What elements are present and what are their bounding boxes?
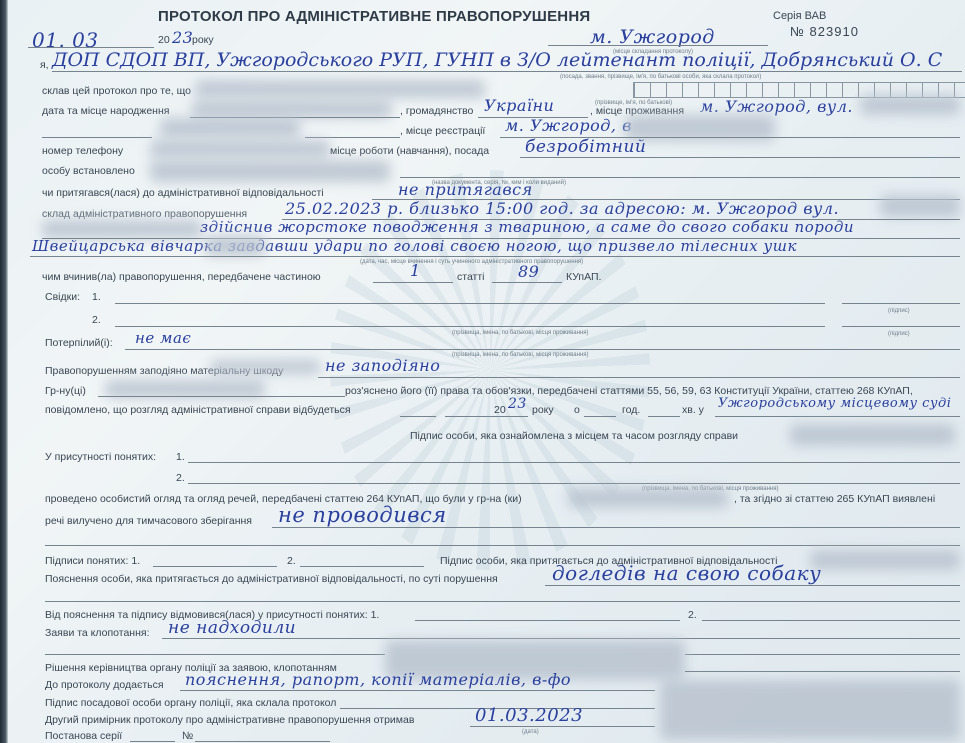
refusal-1-line: [415, 620, 680, 621]
redacted-hearing-sign: [790, 424, 955, 446]
witness-caption: (прізвища, імена, по батькові, місця про…: [452, 330, 588, 336]
year-word: року: [192, 34, 214, 46]
work-line: [520, 157, 960, 158]
document-title: ПРОТОКОЛ ПРО АДМІНІСТРАТИВНЕ ПРАВОПОРУШЕ…: [158, 8, 590, 25]
citizenship-value: України: [484, 96, 554, 115]
offense-line-3: Швейцарська вівчарка завдавши удари по г…: [32, 237, 797, 255]
redacted-birth: [192, 100, 392, 118]
explanation-label: Пояснення особи, яка притягається до адм…: [45, 573, 498, 585]
document-line: [400, 177, 960, 178]
article-label: чим вчинив(ла) правопорушення, передбаче…: [42, 271, 321, 283]
hearing-month-line: [445, 416, 513, 417]
requests-line-3: [685, 654, 960, 655]
redacted-offense: [42, 220, 202, 238]
offense-underline-3: [30, 256, 960, 257]
attesting-2-line: [188, 483, 960, 484]
hearing-minute: хв. у: [682, 404, 704, 416]
copy-label: Другий примірник протоколу про адміністр…: [45, 714, 414, 726]
resolution-series-line: [130, 741, 175, 742]
witness-2-sign-caption: (підпис): [888, 331, 910, 337]
citizenship-label: , громадянство: [400, 105, 473, 117]
seized-line-2: [45, 545, 960, 546]
refusal-2-num: 2.: [688, 609, 697, 621]
hearing-label: повідомлено, що розгляд адміністративної…: [45, 404, 351, 416]
witness-1-sign-line: [842, 303, 960, 304]
residence-value: м. Ужгород, вул.: [700, 97, 853, 116]
requests-value: не надходили: [168, 618, 296, 638]
hearing-place: Ужгородському місцевому суді: [718, 396, 951, 411]
offense-caption: (дата, час, місце вчинення і суть учинен…: [360, 259, 583, 265]
attesting-sign-2-num: 2.: [287, 555, 296, 567]
article-value: 89: [518, 262, 539, 281]
witness-1-sign-caption: (підпис): [888, 308, 910, 314]
hearing-sign-label: Підпис особи, яка ознайомлена з місцем т…: [410, 430, 738, 442]
attesting-1-line: [188, 462, 960, 463]
resolution-no-line: [195, 741, 330, 742]
prior-value: не притягався: [398, 180, 533, 199]
witness-1-num: 1.: [92, 291, 101, 303]
part-line: [373, 282, 453, 283]
date-caption: (дата): [522, 729, 539, 735]
code-label: КУпАП.: [566, 271, 601, 283]
redacted-damage: [210, 360, 320, 374]
redacted-address: [880, 195, 960, 217]
attesting-sign-1-line: [153, 566, 277, 567]
explanation-value: догледів на свою собаку: [552, 561, 821, 585]
refusal-2-line: [702, 620, 960, 621]
requests-line: [162, 638, 960, 639]
hearing-at: о: [574, 404, 580, 416]
article-line: [492, 282, 562, 283]
article-word: статті: [457, 271, 485, 283]
seized-value: не проводився: [278, 503, 447, 527]
explanation-line: [545, 585, 960, 586]
damage-value: не заподіяно: [325, 356, 440, 375]
hearing-year-prefix: 20: [494, 404, 506, 416]
resolution-label: Постанова серії: [45, 730, 122, 742]
redacted-search-person: [568, 488, 728, 508]
hearing-hour-line: [584, 416, 616, 417]
offense-line-1: 25.02.2023 р. близько 15:00 год. за адре…: [285, 199, 839, 218]
place-line: [548, 45, 768, 46]
protocol-document: ПРОТОКОЛ ПРО АДМІНІСТРАТИВНЕ ПРАВОПОРУШЕ…: [0, 0, 965, 743]
explanation-line-2: [45, 601, 960, 602]
hearing-hour: год.: [622, 404, 640, 416]
residence-line-2: [42, 137, 152, 138]
registration-value: м. Ужгород, в: [505, 116, 632, 135]
composed-label: склав цей протокол про те, що: [42, 85, 191, 97]
resolution-no: №: [182, 730, 193, 742]
redacted-residence-2: [160, 118, 300, 138]
officer-line: [52, 71, 962, 72]
copy-date: 01.03.2023: [475, 705, 583, 726]
attached-line: [180, 690, 655, 691]
year-prefix: 20: [158, 34, 170, 46]
seized-label: речі вилучено для тимчасового зберігання: [45, 515, 252, 527]
search-text-end: , та згідно зі статтею 265 КУпАП виявлен…: [734, 493, 935, 505]
series-label: Серія ВАВ: [773, 10, 826, 22]
attesting-signatures-label: Підписи понятих: 1.: [45, 555, 140, 567]
redacted-person-sign: [810, 550, 960, 570]
hearing-place-line: [715, 416, 960, 417]
witness-2-sign-line: [842, 326, 960, 327]
victims-line: [125, 349, 960, 350]
requests-label: Заяви та клопотання:: [45, 627, 150, 639]
copy-date-line: [470, 726, 655, 727]
work-label: місце роботи (навчання), посада: [330, 145, 489, 157]
part-value: 1: [410, 261, 421, 280]
attesting-2-num: 2.: [176, 472, 185, 484]
redacted-phone: [150, 140, 330, 158]
date-line: [28, 47, 154, 48]
residence-line-3: [305, 137, 400, 138]
officer-sign-label: Підпис посадової особи органу поліції, я…: [45, 697, 336, 709]
victims-caption: (прізвища, імена, по батькові, місця про…: [452, 352, 588, 358]
hearing-year-line: [506, 416, 528, 417]
hearing-minute-line: [648, 416, 680, 417]
hearing-year-word: року: [532, 404, 554, 416]
requests-line-2: [45, 654, 385, 655]
witness-2-line: [115, 326, 825, 327]
attached-label: До протоколу додається: [45, 679, 164, 691]
attesting-1-num: 1.: [176, 451, 185, 463]
redacted-signature-area: [660, 680, 960, 740]
photo-edge: [0, 0, 8, 743]
protocol-number: № 823910: [790, 24, 859, 39]
hearing-day-line: [400, 416, 436, 417]
hearing-year-suffix: 23: [508, 396, 527, 412]
birth-label: дата та місце народження: [42, 105, 169, 117]
attached-value: пояснення, рапорт, копії матеріалів, в-ф…: [185, 670, 571, 689]
seized-line: [272, 527, 960, 528]
officer-caption: (посада, звання, прізвище, ім'я, по бать…: [560, 74, 761, 80]
registration-label: , місце реєстрації: [400, 125, 485, 137]
work-value: безробітний: [525, 137, 646, 157]
citizen-label: Гр-ну(ці): [45, 385, 86, 397]
redacted-name: [195, 80, 485, 98]
victims-label: Потерпілий(і):: [45, 337, 113, 349]
identified-label: особу встановлено: [42, 165, 135, 177]
redacted-document: [150, 160, 390, 182]
victims-value: не має: [135, 329, 191, 347]
attesting-label: У присутності понятих:: [45, 451, 156, 463]
offense-line-2: здійснив жорстоке поводження з твариною,…: [200, 218, 854, 236]
witness-1-line: [115, 303, 825, 304]
decision-line: [685, 671, 960, 672]
attesting-sign-2-line: [300, 566, 424, 567]
redacted-dog-name: [205, 236, 265, 256]
prior-label: чи притягався(лася) до адміністративної …: [42, 187, 324, 199]
officer-prefix: я,: [40, 59, 49, 71]
redacted-residence: [860, 95, 960, 115]
witnesses-label: Свідки:: [45, 291, 80, 303]
damage-line: [318, 377, 960, 378]
officer-value: ДОП СДОП ВП, Ужгородського РУП, ГУНП в З…: [52, 49, 942, 71]
witness-2-num: 2.: [92, 314, 101, 326]
citizen-line: [98, 396, 345, 397]
year-suffix: 23: [172, 28, 193, 47]
phone-label: номер телефону: [42, 145, 123, 157]
